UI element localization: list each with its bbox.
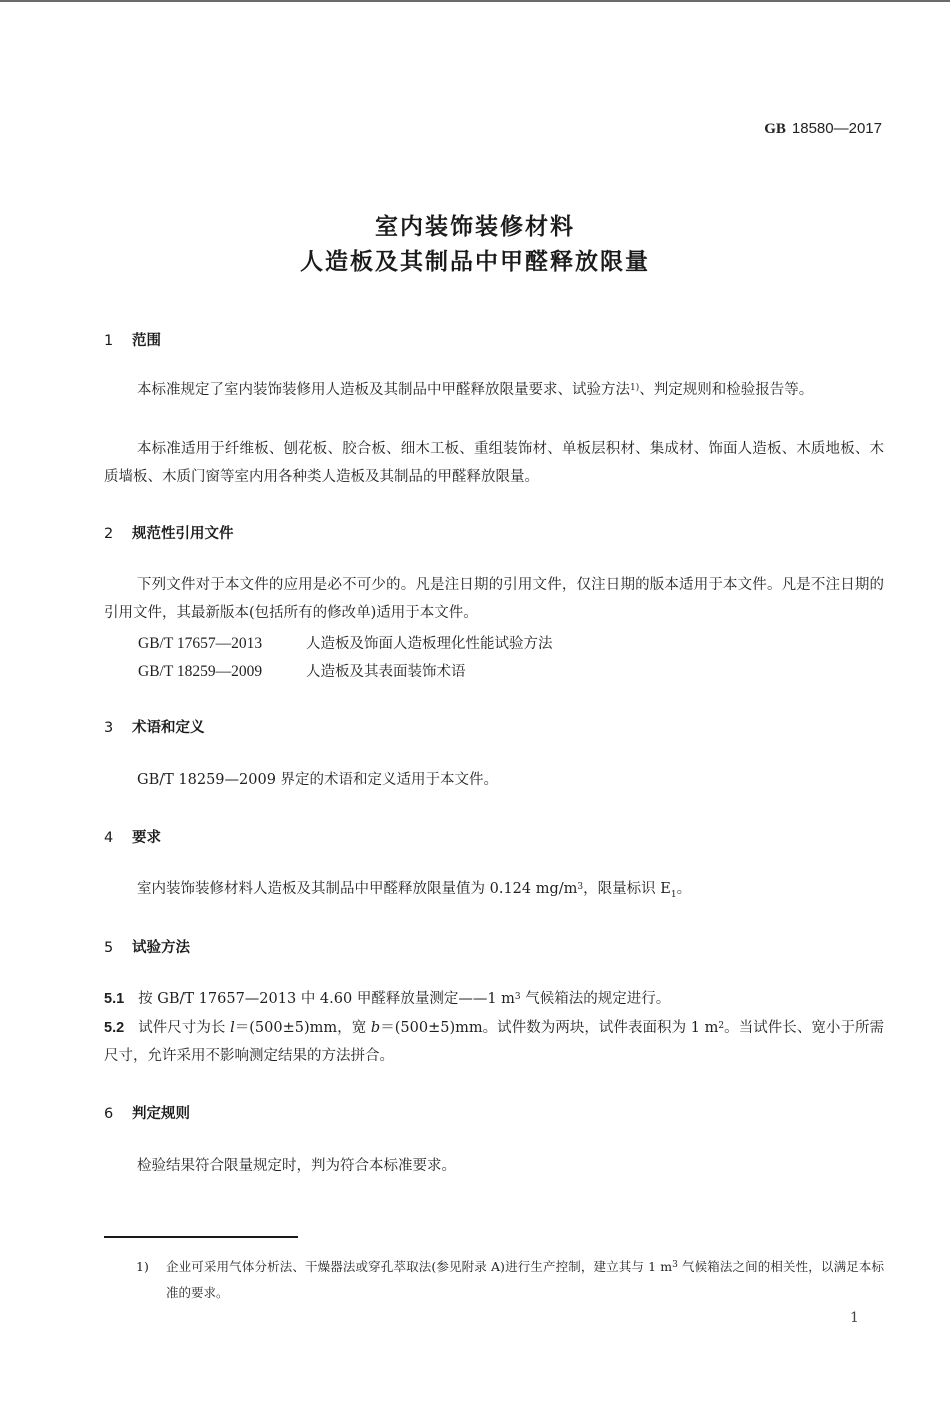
section-number: 5 — [104, 940, 132, 956]
standard-prefix: GB — [764, 121, 786, 137]
footnote-marker: 1) — [136, 1254, 149, 1280]
section-title: 术语和定义 — [132, 720, 205, 736]
footnote-text-part: 企业可采用气体分析法、干燥器法或穿孔萃取法(参见附录 A)进行生产控制，建立其与… — [166, 1259, 672, 1274]
section-title: 范围 — [132, 333, 161, 349]
superscript: 2 — [718, 1021, 724, 1031]
standard-number: 18580—2017 — [792, 120, 882, 137]
paragraph-text: 气候箱法的规定进行。 — [521, 991, 671, 1007]
section-1-heading: 1范围 — [104, 329, 161, 350]
section-title: 试验方法 — [132, 940, 190, 956]
reference-title: 人造板及其表面装饰术语 — [306, 664, 466, 680]
section-number: 4 — [104, 830, 132, 846]
section-number: 6 — [104, 1106, 132, 1122]
width-symbol: b — [371, 1020, 380, 1036]
superscript: 3 — [577, 882, 583, 892]
section-title: 判定规则 — [132, 1106, 190, 1122]
footnote-ref[interactable]: 1) — [630, 383, 639, 393]
superscript: 3 — [515, 992, 521, 1002]
paragraph-text: 本标准规定了室内装饰装修用人造板及其制品中甲醛释放限量要求、试验方法 — [137, 382, 630, 398]
standard-code: GB18580—2017 — [764, 120, 882, 138]
paragraph-text: ＝(500±5)mm，宽 — [235, 1020, 371, 1036]
section-6-paragraph-1: 检验结果符合限量规定时，判为符合本标准要求。 — [104, 1152, 884, 1180]
section-number: 2 — [104, 526, 132, 542]
clause-number: 5.1 — [104, 991, 124, 1007]
section-2-heading: 2规范性引用文件 — [104, 522, 234, 543]
paragraph-text: 、判定规则和检验报告等。 — [639, 382, 813, 398]
paragraph-text: 按 GB/T 17657—2013 中 4.60 甲醛释放量测定——1 m — [138, 991, 515, 1007]
section-title: 要求 — [132, 830, 161, 846]
section-1-paragraph-2: 本标准适用于纤维板、刨花板、胶合板、细木工板、重组装饰材、单板层积材、集成材、饰… — [104, 435, 884, 491]
paragraph-text: 。 — [677, 881, 692, 897]
section-6-heading: 6判定规则 — [104, 1102, 190, 1123]
section-4-paragraph-1: 室内装饰装修材料人造板及其制品中甲醛释放限量值为 0.124 mg/m3，限量标… — [104, 875, 884, 909]
footnote-divider — [104, 1236, 298, 1238]
document-title-line2: 人造板及其制品中甲醛释放限量 — [0, 243, 950, 276]
paragraph-text: 室内装饰装修材料人造板及其制品中甲醛释放限量值为 0.124 mg/m — [137, 881, 577, 897]
footnote-1: 1) 企业可采用气体分析法、干燥器法或穿孔萃取法(参见附录 A)进行生产控制，建… — [136, 1254, 884, 1306]
normative-reference-1: GB/T 17657—2013人造板及饰面人造板理化性能试验方法 — [138, 632, 553, 653]
section-4-heading: 4要求 — [104, 826, 161, 847]
section-title: 规范性引用文件 — [132, 526, 234, 542]
paragraph-text: ＝(500±5)mm。试件数为两块，试件表面积为 1 m — [380, 1020, 718, 1036]
normative-reference-2: GB/T 18259—2009人造板及其表面装饰术语 — [138, 660, 466, 681]
reference-code: GB/T 17657—2013 — [138, 635, 306, 653]
clause-5-2: 5.2试件尺寸为长 l＝(500±5)mm，宽 b＝(500±5)mm。试件数为… — [104, 1014, 884, 1070]
section-3-paragraph-1: GB/T 18259—2009 界定的术语和定义适用于本文件。 — [104, 766, 884, 794]
clause-number: 5.2 — [104, 1020, 124, 1036]
section-1-paragraph-1: 本标准规定了室内装饰装修用人造板及其制品中甲醛释放限量要求、试验方法1)、判定规… — [104, 376, 884, 404]
section-3-heading: 3术语和定义 — [104, 716, 205, 737]
page-top-border — [0, 0, 950, 2]
section-number: 3 — [104, 720, 132, 736]
reference-title: 人造板及饰面人造板理化性能试验方法 — [306, 636, 553, 652]
section-number: 1 — [104, 333, 132, 349]
section-2-paragraph-1: 下列文件对于本文件的应用是必不可少的。凡是注日期的引用文件，仅注日期的版本适用于… — [104, 571, 884, 627]
reference-code: GB/T 18259—2009 — [138, 663, 306, 681]
document-title-line1: 室内装饰装修材料 — [0, 208, 950, 241]
clause-5-1: 5.1按 GB/T 17657—2013 中 4.60 甲醛释放量测定——1 m… — [104, 985, 884, 1013]
superscript: 3 — [672, 1260, 678, 1270]
section-5-heading: 5试验方法 — [104, 936, 190, 957]
page-number: 1 — [850, 1310, 859, 1326]
footnote-text: 企业可采用气体分析法、干燥器法或穿孔萃取法(参见附录 A)进行生产控制，建立其与… — [166, 1254, 884, 1306]
paragraph-text: ，限量标识 E — [583, 881, 671, 897]
paragraph-text: 试件尺寸为长 — [138, 1020, 230, 1036]
